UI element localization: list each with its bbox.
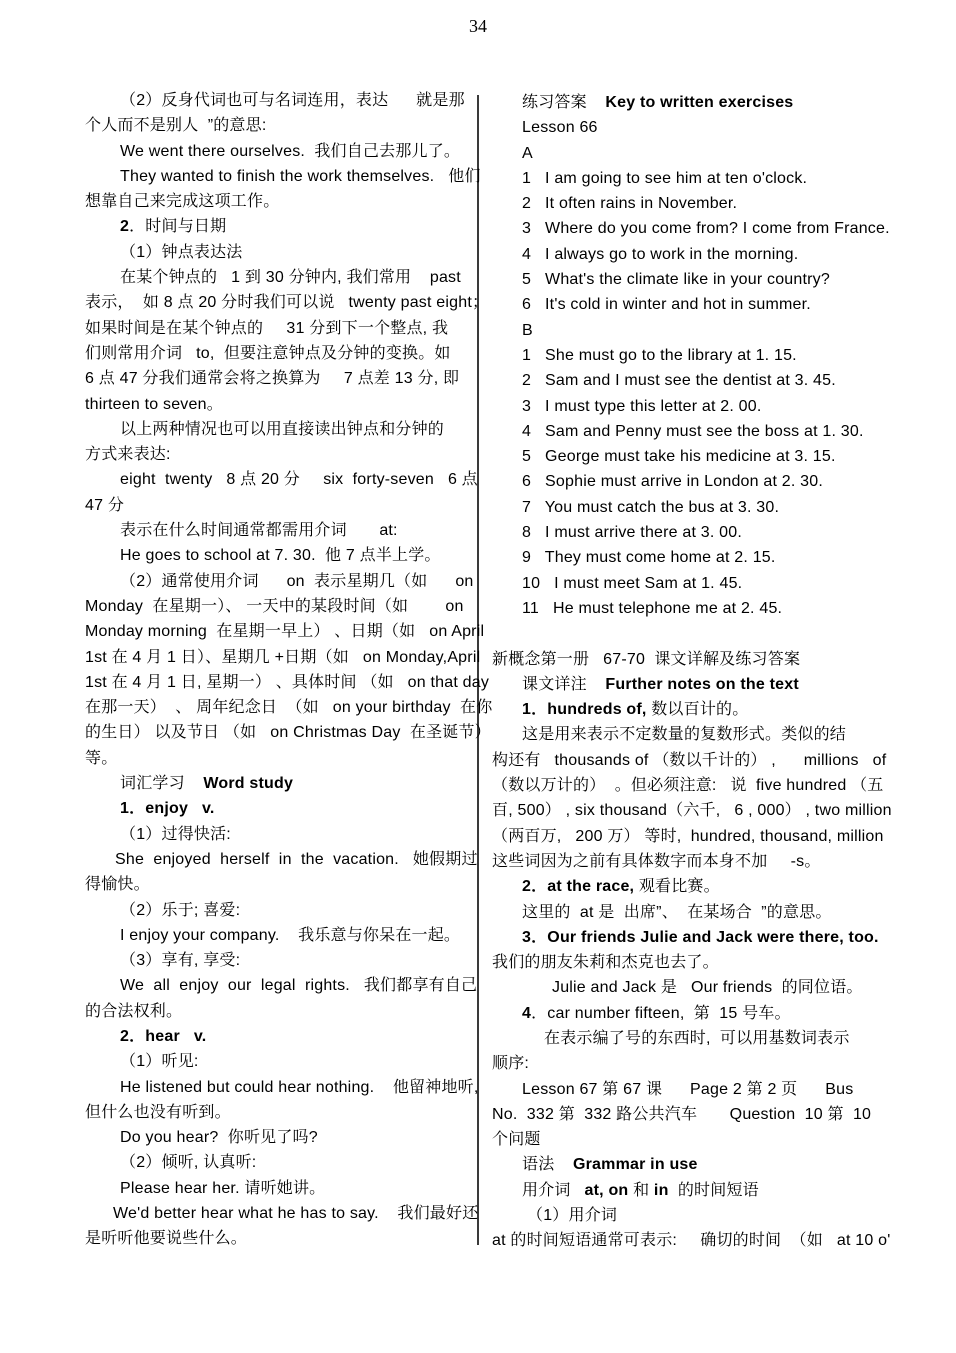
text-line: （2）倾听, 认真听: — [85, 1150, 480, 1175]
text-line: 4 I always go to work in the morning. — [492, 242, 882, 267]
text-line: I enjoy your company. 我乐意与你呆在一起。 — [85, 923, 480, 948]
text-line: 2．时间与日期 — [85, 214, 480, 239]
text-line: 1st 在 4 月 1 日, 星期一） 、具体时间 （如 on that day — [85, 670, 480, 695]
text-segment: 在那一天） 、 周年纪念日 （如 on your birthday 在你 — [85, 699, 492, 716]
text-segment: 这些词因为之前有具体数字而本身不加 -s。 — [492, 853, 821, 870]
text-line: 3 Where do you come from? I come from Fr… — [492, 216, 882, 241]
text-line: 2．hear v. — [85, 1024, 480, 1049]
text-segment: in — [654, 1182, 669, 1199]
text-line: （1）用介词 — [492, 1203, 882, 1228]
text-line: 9 They must come home at 2. 15. — [492, 545, 882, 570]
text-segment: I enjoy your company. 我乐意与你呆在一起。 — [120, 927, 460, 944]
text-line: （数以万计的） 。但必须注意: 说 five hundred （五 — [492, 773, 882, 798]
text-line: 在某个钟点的 1 到 30 分钟内, 我们常用 past — [85, 265, 480, 290]
text-line: 3．Our friends Julie and Jack were there,… — [492, 925, 882, 950]
text-segment: 1．enjoy v. — [120, 800, 215, 817]
text-segment: 个问题 — [492, 1131, 541, 1148]
text-line: 这里的 at 是 出席”、 在某场合 ”的意思。 — [492, 900, 882, 925]
text-line: eight twenty 8 点 20 分 six forty-seven 6 … — [85, 467, 480, 492]
text-line: Lesson 66 — [492, 115, 882, 140]
text-segment: 语法 — [522, 1156, 573, 1173]
text-segment: Lesson 67 第 67 课 Page 2 第 2 页 Bus — [522, 1081, 853, 1098]
text-segment: 1st 在 4 月 1 日）、星期几 +日期（如 on Monday,April — [85, 649, 480, 666]
text-line: He listened but could hear nothing. 他留神地… — [85, 1075, 480, 1100]
text-line: 百, 500） , six thousand（六千, 6 , 000） , tw… — [492, 798, 882, 823]
text-line: 4．car number fifteen, 第 15 号车。 — [492, 1001, 882, 1026]
text-segment: thirteen to seven。 — [85, 396, 223, 413]
text-line: at 的时间短语通常可表示: 确切的时间 （如 at 10 o' — [492, 1228, 882, 1253]
text-line: 47 分 — [85, 493, 480, 518]
text-line: He goes to school at 7. 30. 他 7 点半上学。 — [85, 543, 480, 568]
text-segment: He listened but could hear nothing. 他留神地… — [120, 1079, 479, 1096]
text-segment: 1．hundreds of, — [522, 701, 651, 718]
text-segment: 2 Sam and I must see the dentist at 3. 4… — [522, 372, 836, 389]
text-line: A — [492, 141, 882, 166]
text-segment: No. 332 第 332 路公共汽车 Question 10 第 10 — [492, 1106, 871, 1123]
text-segment: Monday 在星期一）、 一天中的某段时间（如 on — [85, 598, 464, 615]
text-segment: Julie and Jack 是 Our friends 的同位语。 — [552, 979, 863, 996]
text-segment: （2）反身代词也可与名词连用，表达 就是那 — [120, 92, 465, 109]
text-line: No. 332 第 332 路公共汽车 Question 10 第 10 — [492, 1102, 882, 1127]
text-line: 10 I must meet Sam at 1. 45. — [492, 571, 882, 596]
text-line: 语法 Grammar in use — [492, 1152, 882, 1177]
text-line: 的合法权利。 — [85, 999, 480, 1024]
text-segment: Please hear her. 请听她讲。 — [120, 1180, 325, 1197]
text-segment: We went there ourselves. 我们自己去那儿了。 — [120, 143, 460, 160]
text-segment: 3 Where do you come from? I come from Fr… — [522, 220, 890, 237]
text-segment: 观看比赛。 — [639, 878, 720, 895]
text-line: （2）乐于; 喜爱: — [85, 898, 480, 923]
text-segment: 的生日） 以及节日 （如 on Christmas Day 在圣诞节） — [85, 724, 491, 741]
text-line: 用介词 at, on 和 in 的时间短语 — [492, 1178, 882, 1203]
text-line: 5 What's the climate like in your countr… — [492, 267, 882, 292]
text-line: （1）过得快活: — [85, 822, 480, 847]
text-segment: She enjoyed herself in the vacation. 她假期… — [115, 851, 478, 868]
text-segment: 这里的 at 是 出席”、 在某场合 ”的意思。 — [522, 904, 832, 921]
text-line: 5 George must take his medicine at 3. 15… — [492, 444, 882, 469]
text-line: 课文详注 Further notes on the text — [492, 672, 882, 697]
text-line: 构还有 thousands of （数以千计的） , millions of — [492, 748, 882, 773]
text-segment: 练习答案 — [522, 94, 605, 111]
text-segment: （1）用介词 — [527, 1207, 617, 1224]
text-line: 1．hundreds of, 数以百计的。 — [492, 697, 882, 722]
text-segment: 个人而不是别人 ”的意思: — [85, 117, 266, 134]
text-line: （1）听见: — [85, 1049, 480, 1074]
text-line: 1 I am going to see him at ten o'clock. — [492, 166, 882, 191]
text-segment: 们则常用介词 to, 但要注意钟点及分钟的变换。如 — [85, 345, 451, 362]
text-segment: eight twenty 8 点 20 分 six forty-seven 6 … — [120, 471, 478, 488]
text-segment: 在表示编了号的东西时, 可以用基数词表示 — [544, 1030, 850, 1047]
text-line: 1 She must go to the library at 1. 15. — [492, 343, 882, 368]
text-segment: He goes to school at 7. 30. 他 7 点半上学。 — [120, 547, 441, 564]
text-segment: 6 Sophie must arrive in London at 2. 30. — [522, 473, 823, 490]
text-line: Julie and Jack 是 Our friends 的同位语。 — [492, 975, 882, 1000]
text-segment: We'd better hear what he has to say. 我们最… — [113, 1205, 478, 1222]
text-line: 表示， 如 8 点 20 分时我们可以说 twenty past eight； — [85, 290, 480, 315]
text-segment: 2 It often rains in November. — [522, 195, 737, 212]
text-segment: 在某个钟点的 1 到 30 分钟内, 我们常用 past — [120, 269, 461, 286]
text-line: 这些词因为之前有具体数字而本身不加 -s。 — [492, 849, 882, 874]
text-segment: We all enjoy our legal rights. 我们都享有自己 — [120, 977, 477, 994]
text-line: Please hear her. 请听她讲。 — [85, 1176, 480, 1201]
text-segment: 构还有 thousands of （数以千计的） , millions of — [492, 752, 886, 769]
text-segment: （1）听见: — [120, 1053, 199, 1070]
document-page: 34 （2）反身代词也可与名词连用，表达 就是那个人而不是别人 ”的意思:We … — [0, 0, 956, 1353]
text-line: 8 I must arrive there at 3. 00. — [492, 520, 882, 545]
text-segment: 9 They must come home at 2. 15. — [522, 549, 776, 566]
text-line: thirteen to seven。 — [85, 392, 480, 417]
text-segment: They wanted to finish the work themselve… — [120, 168, 481, 185]
text-segment: 2 — [120, 218, 129, 235]
text-segment: 47 分 — [85, 497, 124, 514]
text-line: 1st 在 4 月 1 日）、星期几 +日期（如 on Monday,April — [85, 645, 480, 670]
text-line: 得愉快。 — [85, 872, 480, 897]
text-segment: Lesson 66 — [522, 119, 598, 136]
text-line: 们则常用介词 to, 但要注意钟点及分钟的变换。如 — [85, 341, 480, 366]
text-segment: （1）过得快活: — [120, 826, 231, 843]
text-segment: 4 — [522, 1005, 531, 1022]
text-segment: 但什么也没有听到。 — [85, 1104, 231, 1121]
text-segment: 用介词 — [522, 1182, 585, 1199]
text-segment: 5 George must take his medicine at 3. 15… — [522, 448, 836, 465]
text-segment: 课文详注 — [522, 676, 605, 693]
text-line: 3 I must type this letter at 2. 00. — [492, 394, 882, 419]
text-segment: ．car number fifteen, 第 15 号车。 — [531, 1005, 791, 1022]
text-line: 我们的朋友朱莉和杰克也去了。 — [492, 950, 882, 975]
text-segment: 如果时间是在某个钟点的 31 分到下一个整点, 我 — [85, 320, 448, 337]
blank-line — [492, 621, 882, 646]
text-segment: ．时间与日期 — [129, 218, 226, 235]
text-line: 是听听他要说些什么。 — [85, 1226, 480, 1251]
right-column: 练习答案 Key to written exercisesLesson 66A1… — [492, 90, 882, 1254]
text-line: 4 Sam and Penny must see the boss at 1. … — [492, 419, 882, 444]
text-segment: 表示， 如 8 点 20 分时我们可以说 twenty past eight； — [85, 294, 488, 311]
text-line: 等。 — [85, 746, 480, 771]
text-line: We all enjoy our legal rights. 我们都享有自己 — [85, 973, 480, 998]
text-segment: （2）通常使用介词 on 表示星期几（如 on — [120, 573, 474, 590]
text-segment: 3 I must type this letter at 2. 00. — [522, 398, 762, 415]
text-segment: Monday morning 在星期一早上） 、日期（如 on April — [85, 623, 484, 640]
text-segment: 的时间短语 — [669, 1182, 759, 1199]
text-segment: Key to written exercises — [605, 94, 793, 111]
text-segment: 我们的朋友朱莉和杰克也去了。 — [492, 954, 719, 971]
text-line: 2 Sam and I must see the dentist at 3. 4… — [492, 368, 882, 393]
text-line: 2．at the race, 观看比赛。 — [492, 874, 882, 899]
left-column: （2）反身代词也可与名词连用，表达 就是那个人而不是别人 ”的意思:We wen… — [85, 88, 480, 1252]
text-segment: 1 I am going to see him at ten o'clock. — [522, 170, 807, 187]
text-segment: A — [522, 145, 533, 162]
text-line: We'd better hear what he has to say. 我们最… — [85, 1201, 480, 1226]
text-segment: Word study — [203, 775, 293, 792]
text-line: We went there ourselves. 我们自己去那儿了。 — [85, 139, 480, 164]
text-segment: 想靠自己来完成这项工作。 — [85, 193, 279, 210]
text-line: 的生日） 以及节日 （如 on Christmas Day 在圣诞节） — [85, 720, 480, 745]
text-line: 词汇学习 Word study — [85, 771, 480, 796]
text-segment: 4 Sam and Penny must see the boss at 1. … — [522, 423, 864, 440]
text-line: Lesson 67 第 67 课 Page 2 第 2 页 Bus — [492, 1077, 882, 1102]
text-line: 想靠自己来完成这项工作。 — [85, 189, 480, 214]
text-segment: （数以万计的） 。但必须注意: 说 five hundred （五 — [492, 777, 883, 794]
text-line: （2）通常使用介词 on 表示星期几（如 on — [85, 569, 480, 594]
text-line: （2）反身代词也可与名词连用，表达 就是那 — [85, 88, 480, 113]
text-line: They wanted to finish the work themselve… — [85, 164, 480, 189]
page-number: 34 — [0, 16, 956, 37]
text-line: 6 点 47 分我们通常会将之换算为 7 点差 13 分, 即 — [85, 366, 480, 391]
text-line: Monday 在星期一）、 一天中的某段时间（如 on — [85, 594, 480, 619]
text-segment: 10 I must meet Sam at 1. 45. — [522, 575, 742, 592]
text-line: B — [492, 318, 882, 343]
text-line: 2 It often rains in November. — [492, 191, 882, 216]
text-segment: B — [522, 322, 533, 339]
text-segment: at 的时间短语通常可表示: 确切的时间 （如 at 10 o' — [492, 1232, 890, 1249]
text-segment: （两百万, 200 万） 等时, hundred, thousand, mill… — [492, 828, 884, 845]
text-line: 方式来表达: — [85, 442, 480, 467]
text-segment: 百, 500） , six thousand（六千, 6 , 000） , tw… — [492, 802, 892, 819]
text-segment: 新概念第一册 67-70 课文详解及练习答案 — [492, 651, 800, 668]
text-line: 11 He must telephone me at 2. 45. — [492, 596, 882, 621]
text-segment: Do you hear? 你听见了吗? — [120, 1129, 318, 1146]
text-segment: 方式来表达: — [85, 446, 171, 463]
text-segment: （2）倾听, 认真听: — [120, 1154, 256, 1171]
text-segment: 2．at the race, — [522, 878, 639, 895]
text-segment: （3）享有, 享受: — [120, 952, 240, 969]
text-line: 新概念第一册 67-70 课文详解及练习答案 — [492, 647, 882, 672]
text-segment: 6 It's cold in winter and hot in summer. — [522, 296, 811, 313]
text-line: （1）钟点表达法 — [85, 240, 480, 265]
text-line: 这是用来表示不定数量的复数形式。类似的结 — [492, 722, 882, 747]
text-segment: 是听听他要说些什么。 — [85, 1230, 247, 1247]
text-segment: （2）乐于; 喜爱: — [120, 902, 240, 919]
text-line: 表示在什么时间通常都需用介词 at: — [85, 518, 480, 543]
text-line: 个人而不是别人 ”的意思: — [85, 113, 480, 138]
text-segment: 1 She must go to the library at 1. 15. — [522, 347, 797, 364]
text-segment: 2．hear v. — [120, 1028, 206, 1045]
text-line: 练习答案 Key to written exercises — [492, 90, 882, 115]
text-segment: Grammar in use — [573, 1156, 698, 1173]
text-segment: 词汇学习 — [120, 775, 203, 792]
text-line: 7 You must catch the bus at 3. 30. — [492, 495, 882, 520]
text-segment: Further notes on the text — [605, 676, 798, 693]
text-segment: 1st 在 4 月 1 日, 星期一） 、具体时间 （如 on that day — [85, 674, 489, 691]
text-line: Do you hear? 你听见了吗? — [85, 1125, 480, 1150]
text-segment: 11 He must telephone me at 2. 45. — [522, 600, 782, 617]
text-segment: （1）钟点表达法 — [120, 244, 243, 261]
text-segment: 和 — [628, 1182, 654, 1199]
text-line: 个问题 — [492, 1127, 882, 1152]
text-segment: 7 You must catch the bus at 3. 30. — [522, 499, 779, 516]
text-segment: 5 What's the climate like in your countr… — [522, 271, 830, 288]
text-segment: 等。 — [85, 750, 117, 767]
text-segment: 表示在什么时间通常都需用介词 at: — [120, 522, 398, 539]
text-line: 以上两种情况也可以用直接读出钟点和分钟的 — [85, 417, 480, 442]
text-line: 6 It's cold in winter and hot in summer. — [492, 292, 882, 317]
text-segment: 得愉快。 — [85, 876, 150, 893]
text-segment: 以上两种情况也可以用直接读出钟点和分钟的 — [120, 421, 444, 438]
text-line: 1．enjoy v. — [85, 796, 480, 821]
text-segment: 6 点 47 分我们通常会将之换算为 7 点差 13 分, 即 — [85, 370, 459, 387]
text-segment: 8 I must arrive there at 3. 00. — [522, 524, 742, 541]
text-line: 在那一天） 、 周年纪念日 （如 on your birthday 在你 — [85, 695, 480, 720]
text-line: Monday morning 在星期一早上） 、日期（如 on April — [85, 619, 480, 644]
text-segment: 数以百计的。 — [651, 701, 748, 718]
text-segment: 3．Our friends Julie and Jack were there,… — [522, 929, 879, 946]
text-line: （两百万, 200 万） 等时, hundred, thousand, mill… — [492, 824, 882, 849]
text-line: 但什么也没有听到。 — [85, 1100, 480, 1125]
text-line: 6 Sophie must arrive in London at 2. 30. — [492, 469, 882, 494]
text-segment: 4 I always go to work in the morning. — [522, 246, 798, 263]
text-segment: at, on — [585, 1182, 629, 1199]
text-segment: 的合法权利。 — [85, 1003, 182, 1020]
text-line: 顺序: — [492, 1051, 882, 1076]
text-line: （3）享有, 享受: — [85, 948, 480, 973]
text-line: 如果时间是在某个钟点的 31 分到下一个整点, 我 — [85, 316, 480, 341]
text-segment: 顺序: — [492, 1055, 529, 1072]
text-segment: 这是用来表示不定数量的复数形式。类似的结 — [522, 726, 846, 743]
text-line: She enjoyed herself in the vacation. 她假期… — [85, 847, 480, 872]
text-line: 在表示编了号的东西时, 可以用基数词表示 — [492, 1026, 882, 1051]
